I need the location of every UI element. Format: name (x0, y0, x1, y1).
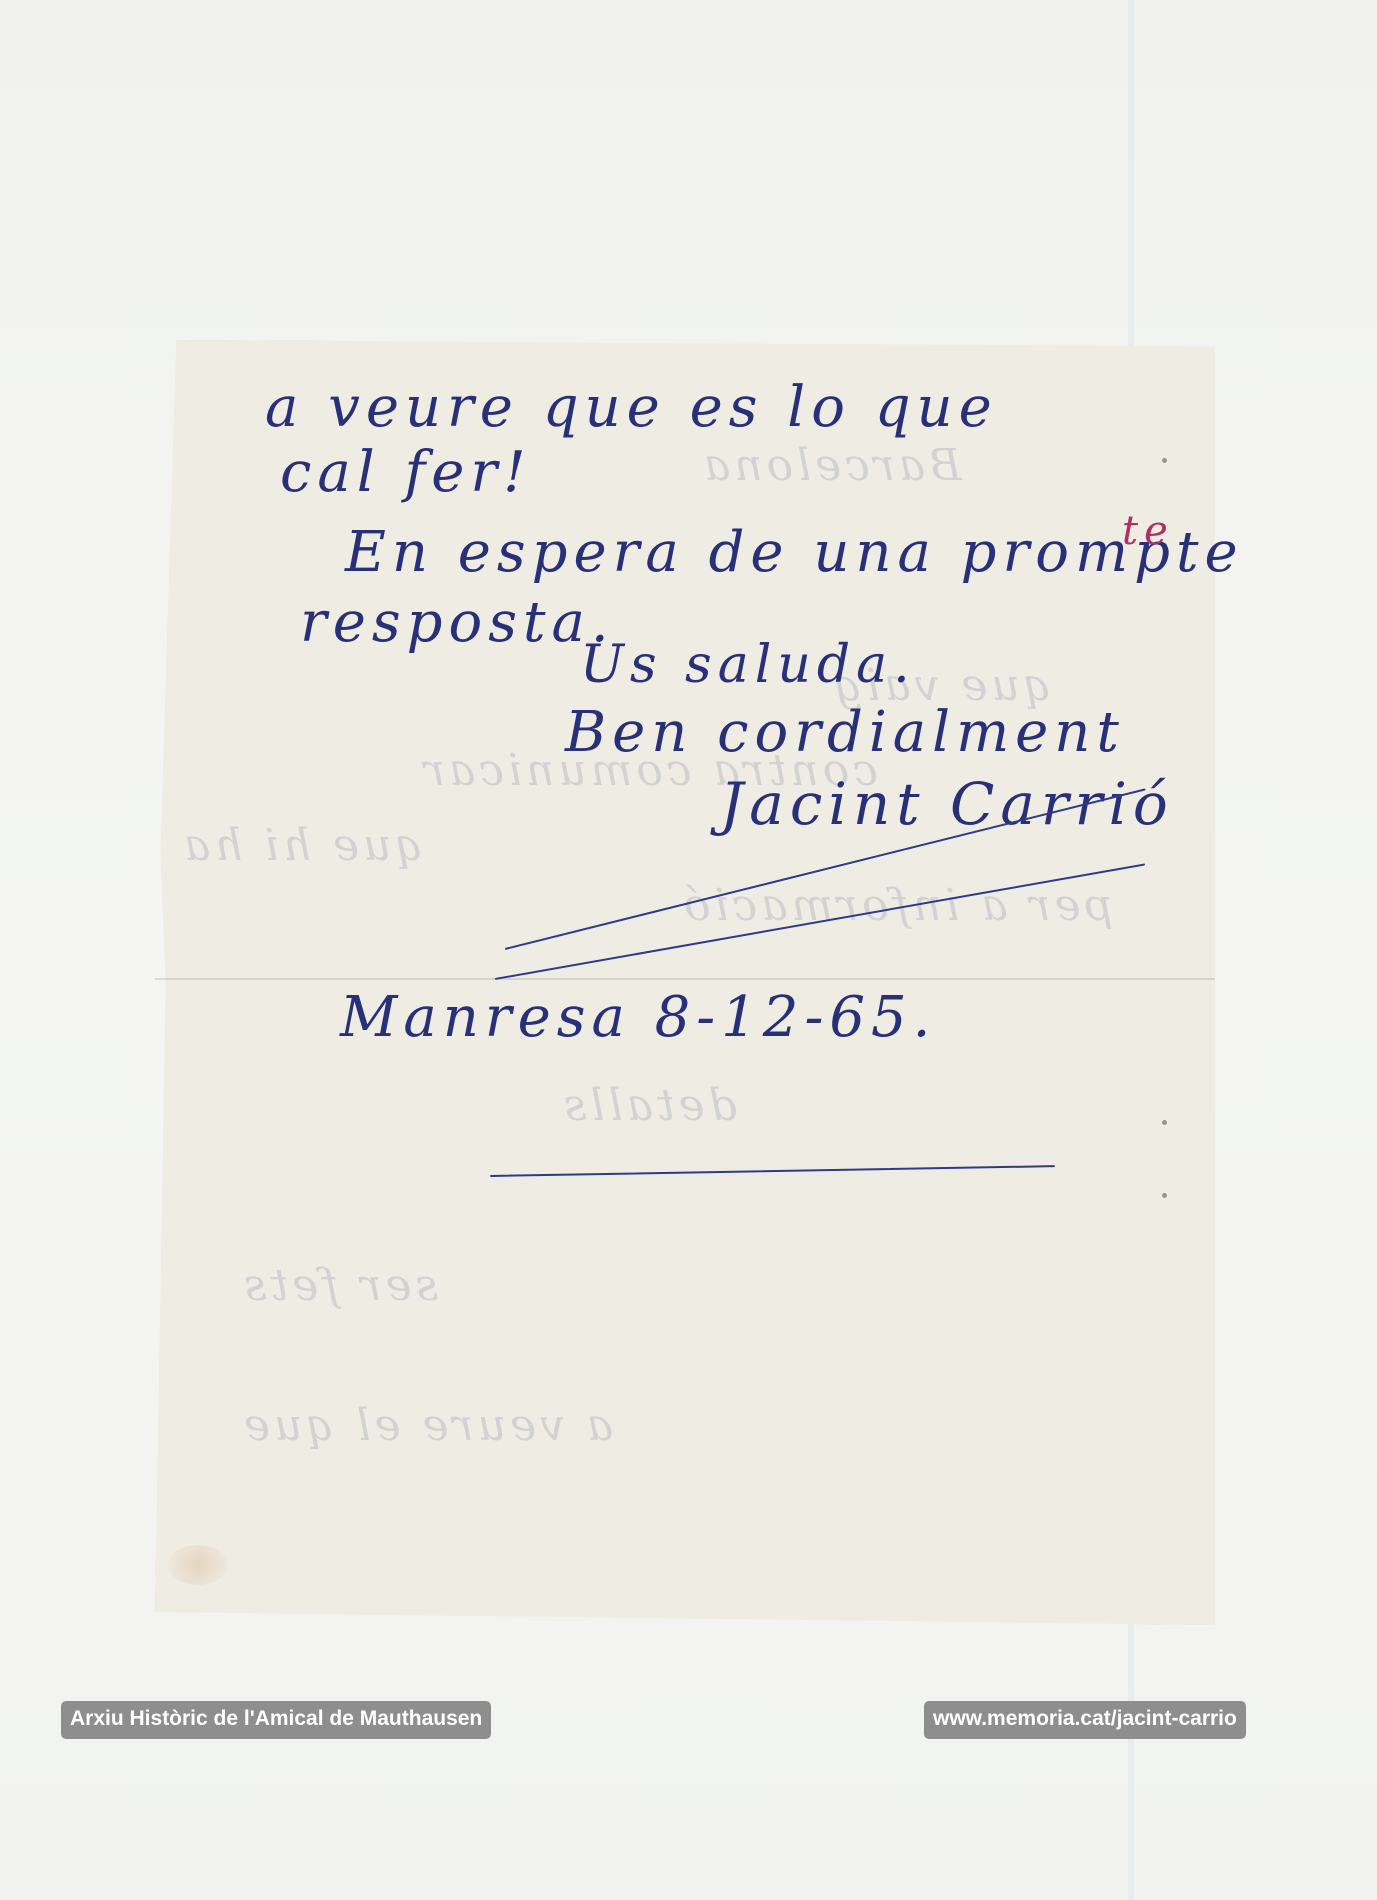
bleed-through-text: que hi ha (180, 820, 424, 871)
letter-line-5: Us saluda. (580, 635, 916, 695)
letter-correction: te (1122, 508, 1174, 554)
punch-mark (1162, 1120, 1167, 1125)
letter-line-4: resposta. (300, 590, 615, 655)
archive-label: Arxiu Històric de l'Amical de Mauthausen (61, 1701, 491, 1739)
letter-line-1: a veure que es lo que (265, 375, 998, 440)
punch-mark (1162, 458, 1167, 463)
letter-line-3: En espera de una prompte (345, 520, 1244, 585)
letter-line-6: Ben cordialment (565, 700, 1125, 765)
bleed-through-text: a veure el que (240, 1400, 613, 1451)
fold-crease (155, 978, 1215, 980)
signature: Jacint Carrió (720, 770, 1174, 838)
paper-stain (168, 1545, 228, 1585)
letter-line-2: cal fer! (280, 440, 532, 505)
bleed-through-text: Barcelona (700, 440, 961, 491)
punch-mark (1162, 1193, 1167, 1198)
url-label[interactable]: www.memoria.cat/jacint-carrio (924, 1701, 1246, 1739)
place-date: Manresa 8-12-65. (340, 985, 936, 1050)
bleed-through-text: ser fets (240, 1260, 438, 1311)
bleed-through-text: detalls (560, 1080, 737, 1131)
